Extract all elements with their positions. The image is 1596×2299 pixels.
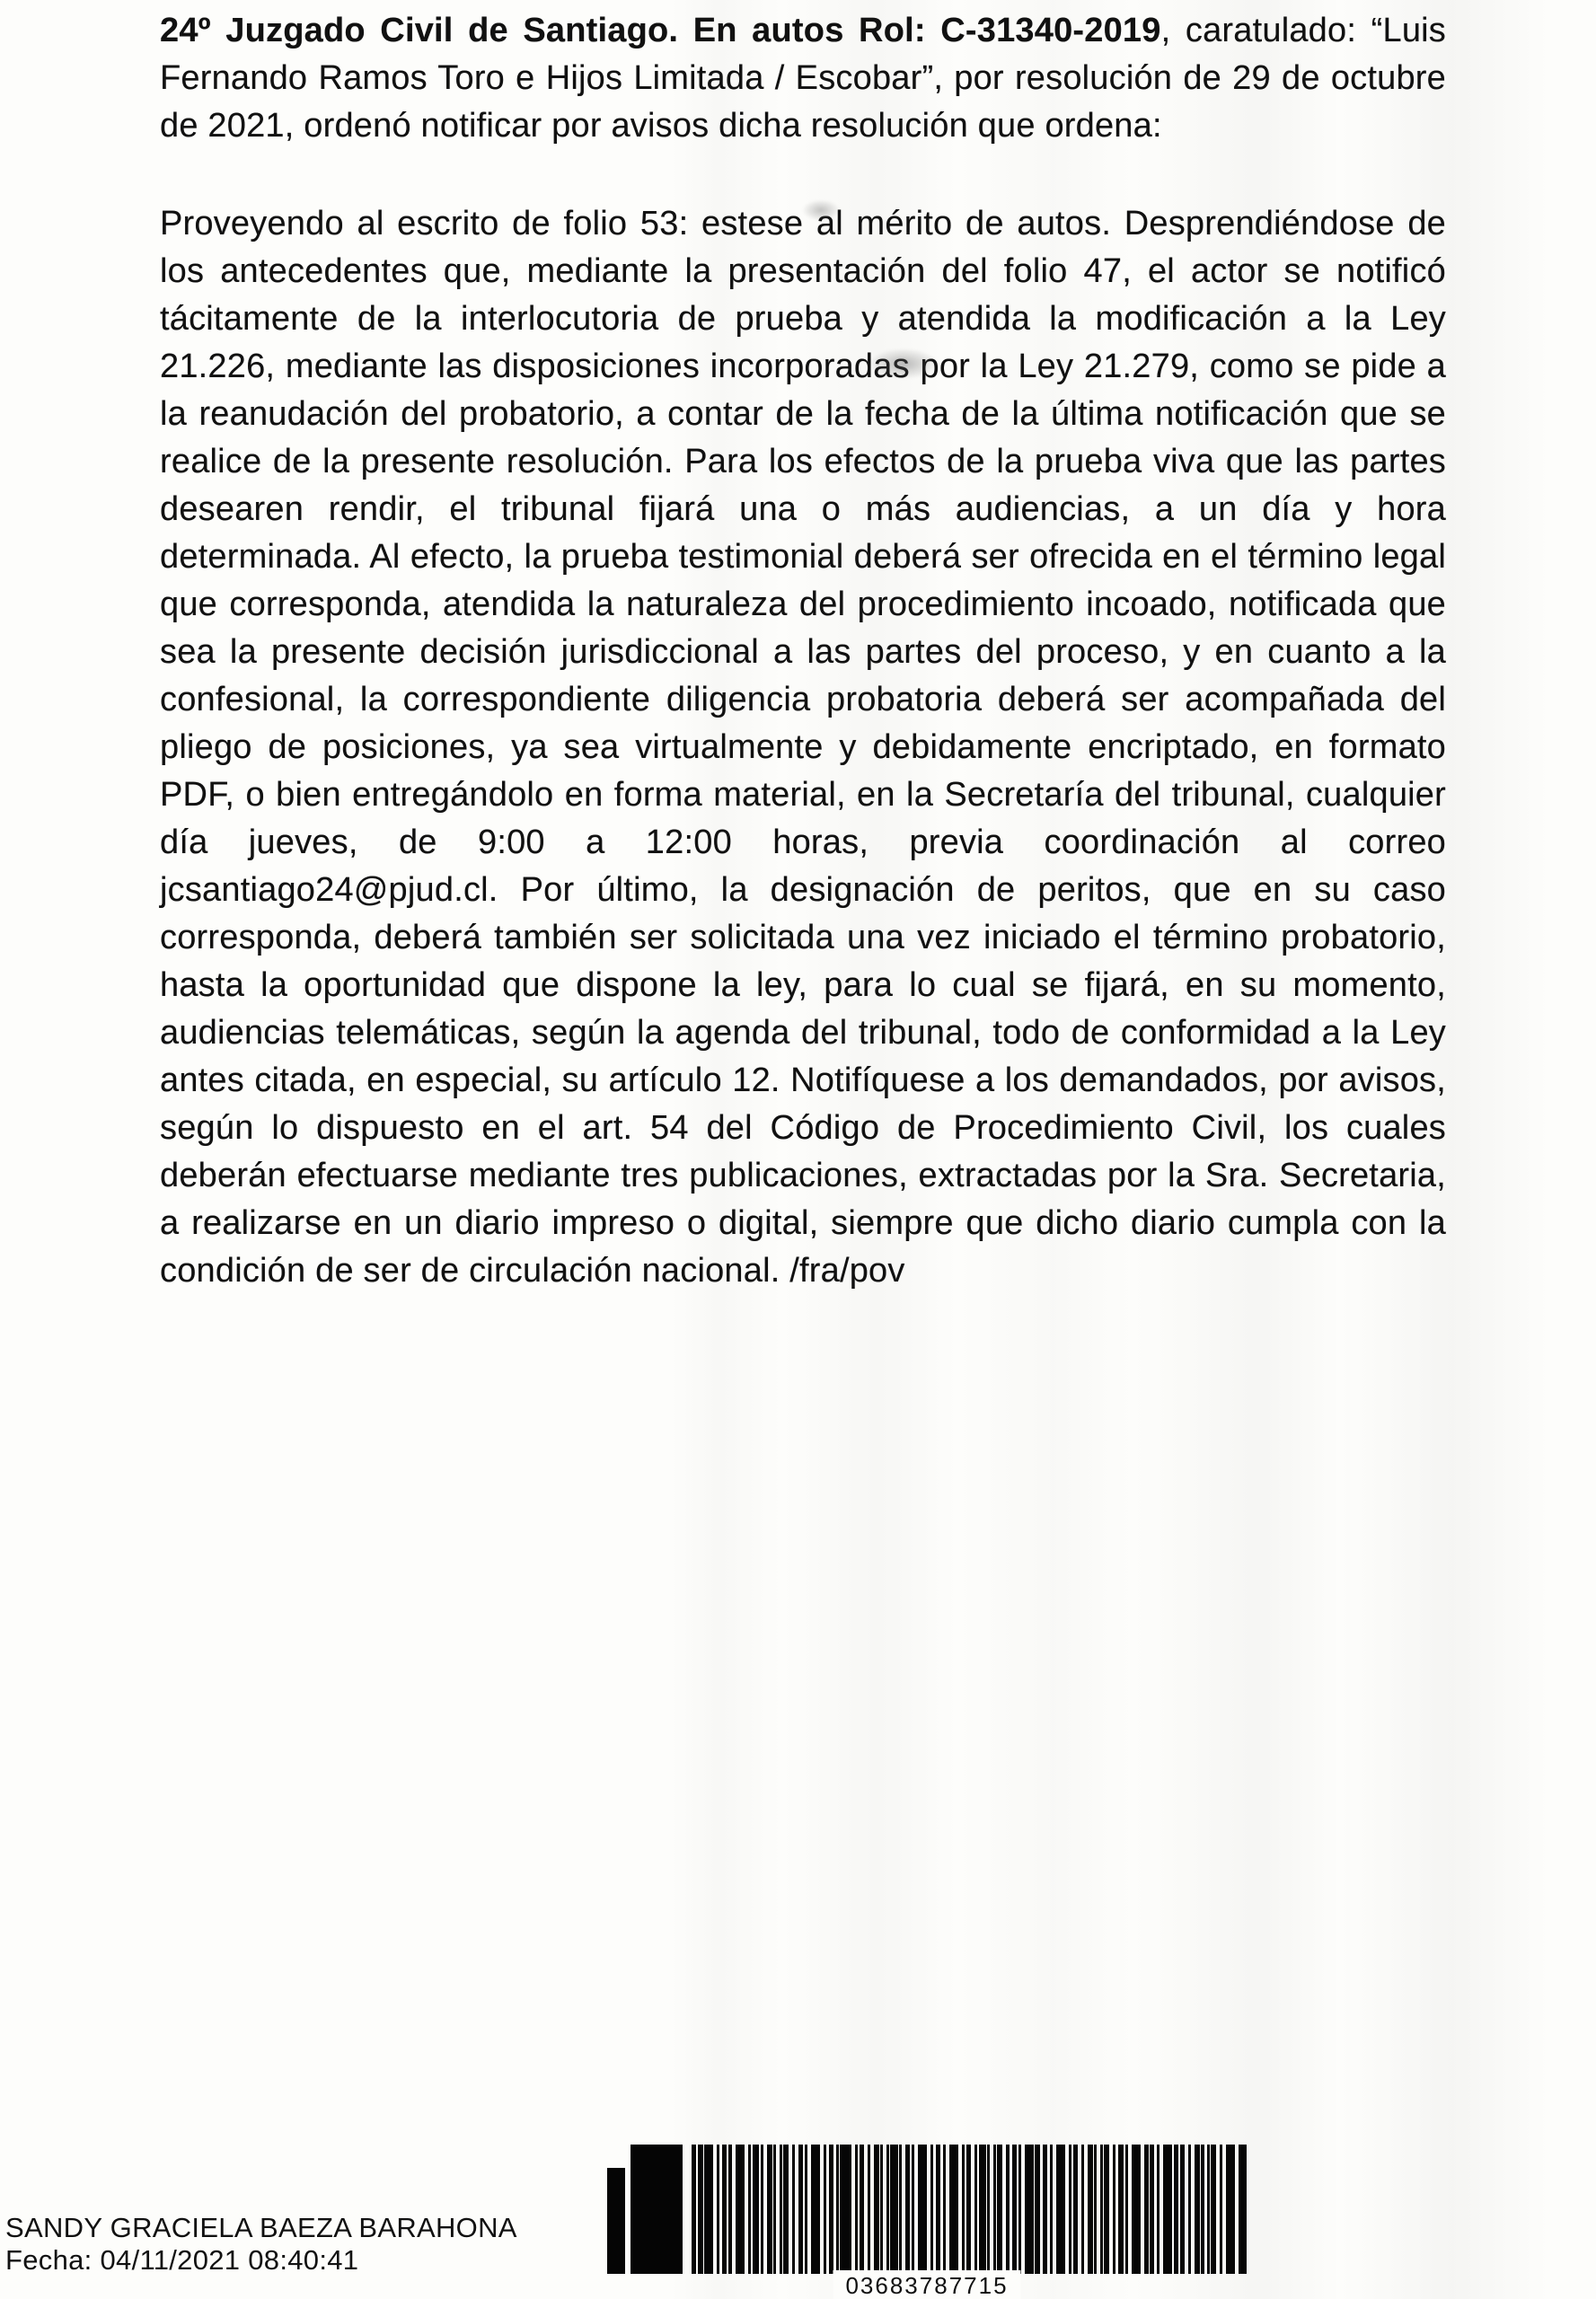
court-and-rol-bold-text: 24º Juzgado Civil de Santiago. En autos … <box>160 12 1161 49</box>
barcode: 03683787715 <box>607 2145 1247 2274</box>
signature-date: Fecha: 04/11/2021 08:40:41 <box>5 2244 517 2277</box>
barcode-bars <box>692 2145 1247 2274</box>
document-text-block: 24º Juzgado Civil de Santiago. En autos … <box>160 7 1446 1295</box>
scanned-court-document-page: 24º Juzgado Civil de Santiago. En autos … <box>0 0 1596 2299</box>
barcode-start-bar <box>607 2168 625 2274</box>
signature-block: SANDY GRACIELA BAEZA BARAHONA Fecha: 04/… <box>5 2212 517 2277</box>
resolution-body-paragraph: Proveyendo al escrito de folio 53: estes… <box>160 200 1446 1295</box>
signer-name: SANDY GRACIELA BAEZA BARAHONA <box>5 2212 517 2244</box>
header-paragraph: 24º Juzgado Civil de Santiago. En autos … <box>160 7 1446 150</box>
barcode-number: 03683787715 <box>833 2270 1020 2299</box>
barcode-start-block <box>630 2145 683 2274</box>
